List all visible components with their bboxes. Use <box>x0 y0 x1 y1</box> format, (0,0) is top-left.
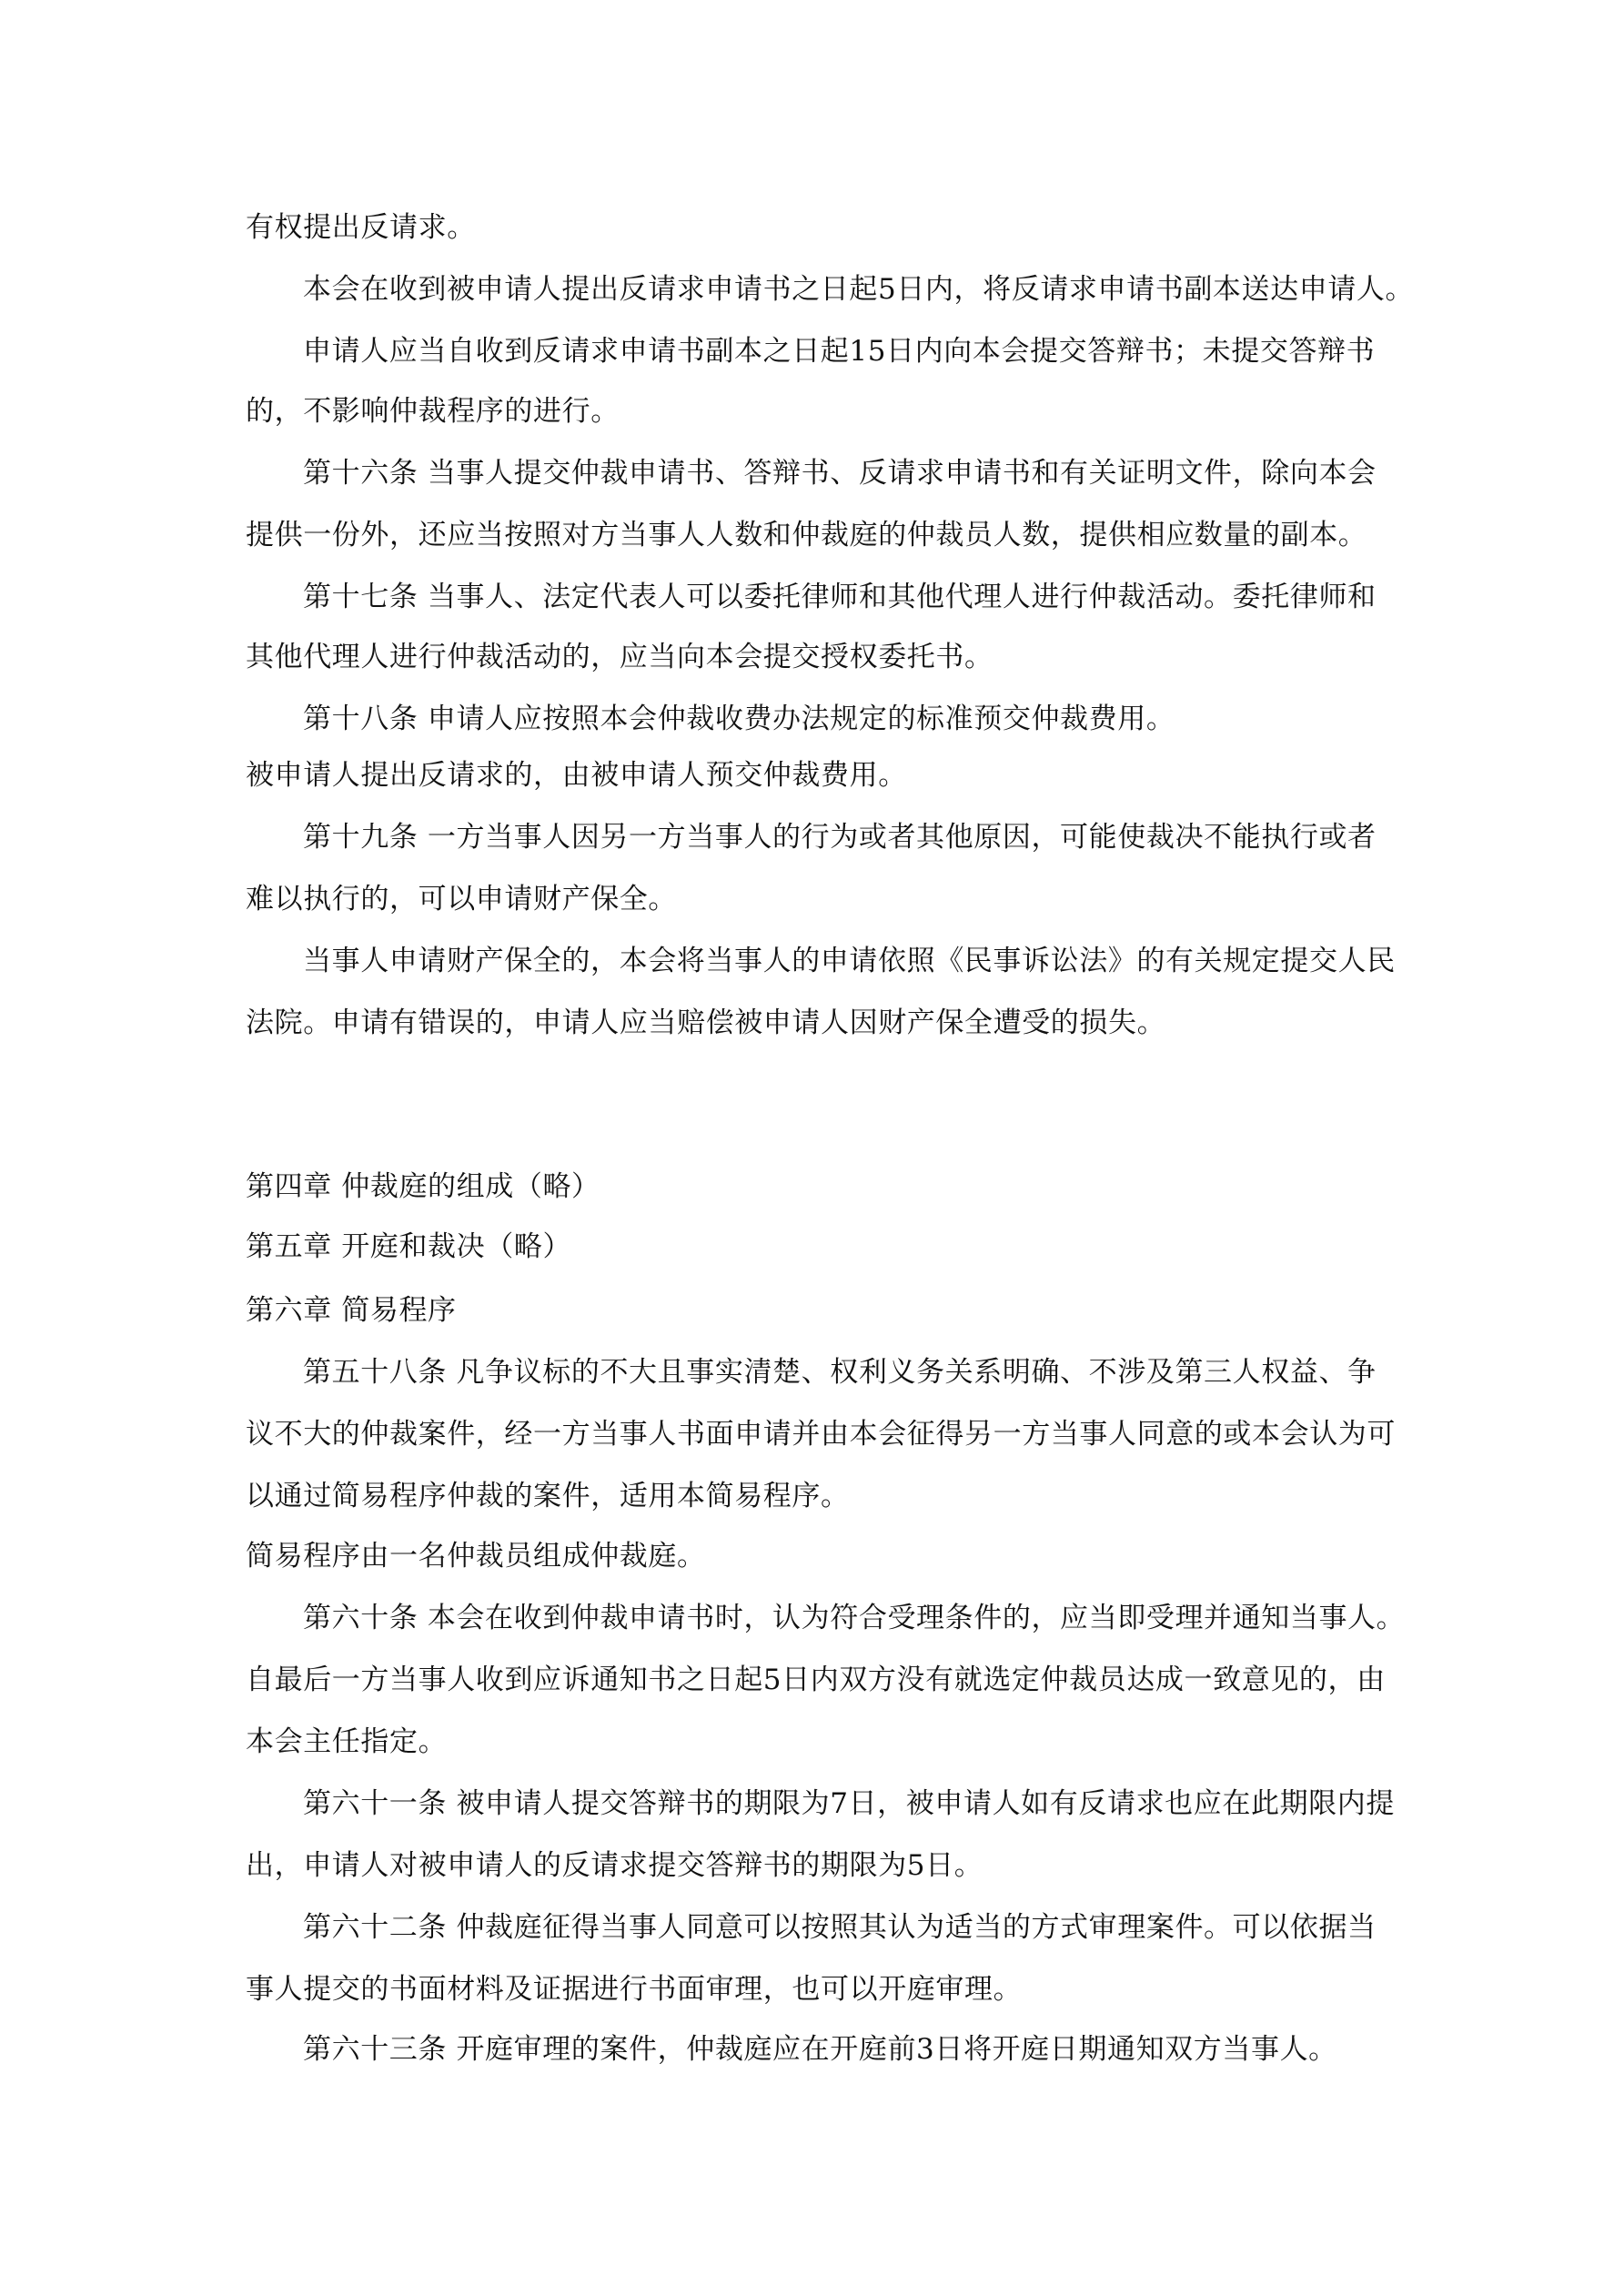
chapter-5-heading: 第五章 开庭和裁决（略） <box>246 1229 1383 1265</box>
document-page: 有权提出反请求。 本会在收到被申请人提出反请求申请书之日起5日内，将反请求申请书… <box>0 0 1624 2296</box>
text-line: 事人提交的书面材料及证据进行书面审理，也可以开庭审理。 <box>246 1971 1383 2008</box>
article-16-line: 第十六条 当事人提交仲裁申请书、答辩书、反请求申请书和有关证明文件，除向本会 <box>303 455 1440 491</box>
article-19-line: 第十九条 一方当事人因另一方当事人的行为或者其他原因，可能使裁决不能执行或者 <box>303 819 1440 855</box>
text-line: 简易程序由一名仲裁员组成仲裁庭。 <box>246 1538 1383 1574</box>
article-58-line: 第五十八条 凡争议标的不大且事实清楚、权利义务关系明确、不涉及第三人权益、争 <box>303 1354 1440 1391</box>
text-line: 难以执行的，可以申请财产保全。 <box>246 881 1383 917</box>
article-18-line: 第十八条 申请人应按照本会仲裁收费办法规定的标准预交仲裁费用。 <box>303 701 1440 737</box>
text-line: 以通过简易程序仲裁的案件，适用本简易程序。 <box>246 1478 1383 1514</box>
text-line: 被申请人提出反请求的，由被申请人预交仲裁费用。 <box>246 757 1383 794</box>
article-62-line: 第六十二条 仲裁庭征得当事人同意可以按照其认为适当的方式审理案件。可以依据当 <box>303 1909 1440 1946</box>
text-line: 本会在收到被申请人提出反请求申请书之日起5日内，将反请求申请书副本送达申请人。 <box>303 271 1440 308</box>
chapter-6-heading: 第六章 简易程序 <box>246 1292 1383 1329</box>
text-line: 其他代理人进行仲裁活动的，应当向本会提交授权委托书。 <box>246 639 1383 675</box>
text-line: 本会主任指定。 <box>246 1724 1383 1760</box>
article-61-line: 第六十一条 被申请人提交答辩书的期限为7日，被申请人如有反请求也应在此期限内提 <box>303 1785 1440 1822</box>
text-line: 议不大的仲裁案件，经一方当事人书面申请并由本会征得另一方当事人同意的或本会认为可 <box>246 1416 1383 1452</box>
text-line: 的，不影响仲裁程序的进行。 <box>246 393 1383 430</box>
chapter-4-heading: 第四章 仲裁庭的组成（略） <box>246 1168 1383 1205</box>
article-60-line: 第六十条 本会在收到仲裁申请书时，认为符合受理条件的，应当即受理并通知当事人。 <box>303 1600 1440 1636</box>
article-17-line: 第十七条 当事人、法定代表人可以委托律师和其他代理人进行仲裁活动。委托律师和 <box>303 579 1440 615</box>
text-line: 当事人申请财产保全的，本会将当事人的申请依照《民事诉讼法》的有关规定提交人民 <box>303 943 1440 979</box>
article-63-line: 第六十三条 开庭审理的案件，仲裁庭应在开庭前3日将开庭日期通知双方当事人。 <box>303 2031 1440 2068</box>
text-line: 法院。申请有错误的，申请人应当赔偿被申请人因财产保全遭受的损失。 <box>246 1005 1383 1041</box>
text-line: 申请人应当自收到反请求申请书副本之日起15日内向本会提交答辩书；未提交答辩书 <box>303 333 1440 369</box>
text-line: 出，申请人对被申请人的反请求提交答辩书的期限为5日。 <box>246 1847 1383 1884</box>
text-line: 有权提出反请求。 <box>246 209 1383 246</box>
text-line: 自最后一方当事人收到应诉通知书之日起5日内双方没有就选定仲裁员达成一致意见的，由 <box>246 1662 1383 1698</box>
text-line: 提供一份外，还应当按照对方当事人人数和仲裁庭的仲裁员人数，提供相应数量的副本。 <box>246 517 1383 553</box>
